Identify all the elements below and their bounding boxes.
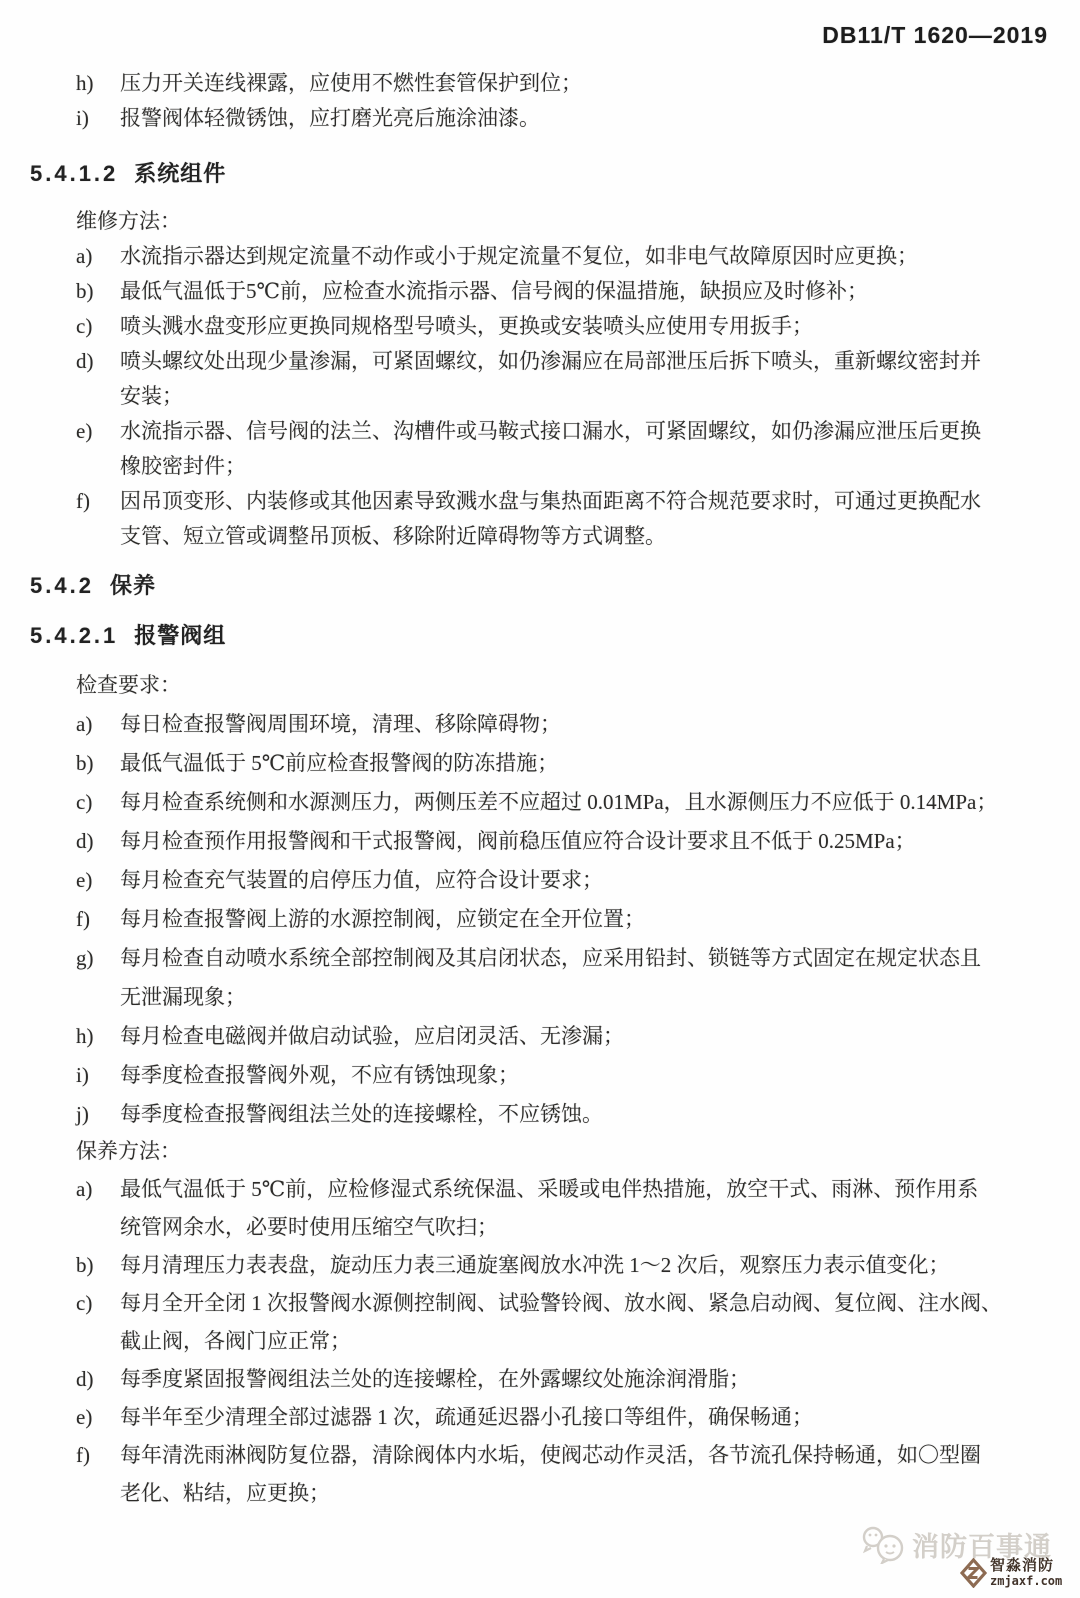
- clause-heading: 5.4.2.1报警阀组: [30, 618, 1052, 654]
- list-item-marker: f): [76, 1436, 120, 1474]
- paragraph-label: 检查要求：: [30, 666, 1052, 705]
- list-item-marker: a): [76, 705, 120, 744]
- list-item-marker: c): [76, 783, 120, 822]
- list-item-text: 每月检查报警阀上游的水源控制阀，应锁定在全开位置；: [120, 900, 1052, 939]
- list-item: i)每季度检查报警阀外观，不应有锈蚀现象；: [30, 1056, 1052, 1095]
- brand-text-block: 智淼消防 zmjaxf.com: [990, 1558, 1062, 1588]
- text-line: 每季度紧固报警阀组法兰处的连接螺栓，在外露螺纹处施涂润滑脂；: [120, 1360, 1052, 1398]
- list-item-text: 每月检查系统侧和水源测压力，两侧压差不应超过 0.01MPa，且水源侧压力不应低…: [120, 783, 1052, 822]
- list-item-marker: h): [76, 1017, 120, 1056]
- list-item-marker: d): [76, 1360, 120, 1398]
- list-item-text: 每月检查预作用报警阀和干式报警阀，阀前稳压值应符合设计要求且不低于 0.25MP…: [120, 822, 1052, 861]
- clause-number: 5.4.2.1: [30, 618, 118, 654]
- list-group: 保养方法：a)最低气温低于 5℃前，应检修湿式系统保温、采暖或电伴热措施，放空干…: [30, 1132, 1052, 1512]
- list-item-marker: i): [76, 101, 120, 136]
- clause-number: 5.4.1.2: [30, 156, 118, 192]
- text-line: 每月检查充气装置的启停压力值，应符合设计要求；: [120, 861, 1052, 900]
- standard-code: DB11/T 1620—2019: [822, 22, 1048, 49]
- text-line: 每季度检查报警阀组法兰处的连接螺栓，不应锈蚀。: [120, 1095, 1052, 1134]
- text-line: 每半年至少清理全部过滤器 1 次，疏通延迟器小孔接口等组件，确保畅通；: [120, 1398, 1052, 1436]
- list-item: f)每月检查报警阀上游的水源控制阀，应锁定在全开位置；: [30, 900, 1052, 939]
- list-item: f)每年清洗雨淋阀防复位器，清除阀体内水垢，使阀芯动作灵活，各节流孔保持畅通，如…: [30, 1436, 1052, 1512]
- list-item: c)喷头溅水盘变形应更换同规格型号喷头，更换或安装喷头应使用专用扳手；: [30, 309, 1052, 344]
- document-body: h)压力开关连线裸露，应使用不燃性套管保护到位；i)报警阀体轻微锈蚀，应打磨光亮…: [30, 66, 1052, 1512]
- list-item-text: 每月检查电磁阀并做启动试验，应启闭灵活、无渗漏；: [120, 1017, 1052, 1056]
- list-item-marker: b): [76, 1246, 120, 1284]
- text-line: 最低气温低于 5℃前，应检修湿式系统保温、采暖或电伴热措施，放空干式、雨淋、预作…: [120, 1170, 1052, 1208]
- list-item-marker: j): [76, 1095, 120, 1134]
- list-item-marker: d): [76, 344, 120, 379]
- text-line: 每月检查系统侧和水源测压力，两侧压差不应超过 0.01MPa，且水源侧压力不应低…: [120, 783, 1052, 822]
- text-line: 每年清洗雨淋阀防复位器，清除阀体内水垢，使阀芯动作灵活，各节流孔保持畅通，如〇型…: [120, 1436, 1052, 1474]
- list-item: c)每月全开全闭 1 次报警阀水源侧控制阀、试验警铃阀、放水阀、紧急启动阀、复位…: [30, 1284, 1052, 1360]
- list-item-marker: a): [76, 1170, 120, 1208]
- list-item-marker: f): [76, 484, 120, 519]
- list-item-text: 喷头溅水盘变形应更换同规格型号喷头，更换或安装喷头应使用专用扳手；: [120, 309, 1052, 344]
- list-item-marker: c): [76, 309, 120, 344]
- text-line: 每月检查预作用报警阀和干式报警阀，阀前稳压值应符合设计要求且不低于 0.25MP…: [120, 822, 1052, 861]
- list-item: e)每月检查充气装置的启停压力值，应符合设计要求；: [30, 861, 1052, 900]
- brand-site: zmjaxf.com: [990, 1574, 1062, 1588]
- paragraph-label: 维修方法：: [30, 204, 1052, 239]
- list-item: b)最低气温低于 5℃前应检查报警阀的防冻措施；: [30, 744, 1052, 783]
- list-item-text: 因吊顶变形、内装修或其他因素导致溅水盘与集热面距离不符合规范要求时，可通过更换配…: [120, 484, 1052, 554]
- list-item: g)每月检查自动喷水系统全部控制阀及其启闭状态，应采用铅封、锁链等方式固定在规定…: [30, 939, 1052, 1017]
- clause-heading: 5.4.2保养: [30, 568, 1052, 604]
- list-item-text: 每季度检查报警阀外观，不应有锈蚀现象；: [120, 1056, 1052, 1095]
- text-line: 每日检查报警阀周围环境，清理、移除障碍物；: [120, 705, 1052, 744]
- list-item-marker: d): [76, 822, 120, 861]
- text-line: 每季度检查报警阀外观，不应有锈蚀现象；: [120, 1056, 1052, 1095]
- document-section: 5.4.1.2系统组件维修方法：a)水流指示器达到规定流量不动作或小于规定流量不…: [30, 156, 1052, 554]
- document-section: h)压力开关连线裸露，应使用不燃性套管保护到位；i)报警阀体轻微锈蚀，应打磨光亮…: [30, 66, 1052, 136]
- text-line: 每月检查报警阀上游的水源控制阀，应锁定在全开位置；: [120, 900, 1052, 939]
- list-item-text: 每半年至少清理全部过滤器 1 次，疏通延迟器小孔接口等组件，确保畅通；: [120, 1398, 1052, 1436]
- list-item: d)每季度紧固报警阀组法兰处的连接螺栓，在外露螺纹处施涂润滑脂；: [30, 1360, 1052, 1398]
- list-item: b)最低气温低于5℃前，应检查水流指示器、信号阀的保温措施，缺损应及时修补；: [30, 274, 1052, 309]
- text-line: 每月全开全闭 1 次报警阀水源侧控制阀、试验警铃阀、放水阀、紧急启动阀、复位阀、…: [120, 1284, 1052, 1322]
- list-item-text: 最低气温低于 5℃前应检查报警阀的防冻措施；: [120, 744, 1052, 783]
- list-group: 检查要求：a)每日检查报警阀周围环境，清理、移除障碍物；b)最低气温低于 5℃前…: [30, 666, 1052, 1134]
- list-item-text: 每月全开全闭 1 次报警阀水源侧控制阀、试验警铃阀、放水阀、紧急启动阀、复位阀、…: [120, 1284, 1052, 1360]
- list-item-text: 每日检查报警阀周围环境，清理、移除障碍物；: [120, 705, 1052, 744]
- text-line: 压力开关连线裸露，应使用不燃性套管保护到位；: [120, 66, 1052, 101]
- paragraph-label: 保养方法：: [30, 1132, 1052, 1170]
- list-item: c)每月检查系统侧和水源测压力，两侧压差不应超过 0.01MPa，且水源侧压力不…: [30, 783, 1052, 822]
- list-item-text: 喷头螺纹处出现少量渗漏，可紧固螺纹，如仍渗漏应在局部泄压后拆下喷头，重新螺纹密封…: [120, 344, 1052, 414]
- text-line: 每月清理压力表表盘，旋动压力表三通旋塞阀放水冲洗 1～2 次后，观察压力表示值变…: [120, 1246, 1052, 1284]
- text-line: 统管网余水，必要时使用压缩空气吹扫；: [120, 1208, 1052, 1246]
- clause-number: 5.4.2: [30, 568, 94, 604]
- clause-title: 保养: [110, 568, 156, 604]
- list-item: e)水流指示器、信号阀的法兰、沟槽件或马鞍式接口漏水，可紧固螺纹，如仍渗漏应泄压…: [30, 414, 1052, 484]
- brand-name: 智淼消防: [990, 1558, 1062, 1574]
- text-line: 最低气温低于5℃前，应检查水流指示器、信号阀的保温措施，缺损应及时修补；: [120, 274, 1052, 309]
- text-line: 每月检查自动喷水系统全部控制阀及其启闭状态，应采用铅封、锁链等方式固定在规定状态…: [120, 939, 1052, 978]
- list-item-marker: c): [76, 1284, 120, 1322]
- watermark-brand: 智淼消防 zmjaxf.com: [960, 1558, 1062, 1588]
- text-line: 喷头螺纹处出现少量渗漏，可紧固螺纹，如仍渗漏应在局部泄压后拆下喷头，重新螺纹密封…: [120, 344, 1052, 379]
- diamond-z-logo-icon: [960, 1558, 987, 1588]
- clause-title: 系统组件: [134, 156, 226, 192]
- list-item-text: 每月检查自动喷水系统全部控制阀及其启闭状态，应采用铅封、锁链等方式固定在规定状态…: [120, 939, 1052, 1017]
- list-item-marker: e): [76, 861, 120, 900]
- list-item-text: 每月检查充气装置的启停压力值，应符合设计要求；: [120, 861, 1052, 900]
- text-line: 水流指示器、信号阀的法兰、沟槽件或马鞍式接口漏水，可紧固螺纹，如仍渗漏应泄压后更…: [120, 414, 1052, 449]
- list-item: j)每季度检查报警阀组法兰处的连接螺栓，不应锈蚀。: [30, 1095, 1052, 1134]
- clause-heading: 5.4.1.2系统组件: [30, 156, 1052, 192]
- list-item-text: 水流指示器、信号阀的法兰、沟槽件或马鞍式接口漏水，可紧固螺纹，如仍渗漏应泄压后更…: [120, 414, 1052, 484]
- clause-title: 报警阀组: [134, 618, 226, 654]
- list-item-text: 报警阀体轻微锈蚀，应打磨光亮后施涂油漆。: [120, 101, 1052, 136]
- text-line: 最低气温低于 5℃前应检查报警阀的防冻措施；: [120, 744, 1052, 783]
- list-group: h)压力开关连线裸露，应使用不燃性套管保护到位；i)报警阀体轻微锈蚀，应打磨光亮…: [30, 66, 1052, 136]
- list-item: a)水流指示器达到规定流量不动作或小于规定流量不复位，如非电气故障原因时应更换；: [30, 239, 1052, 274]
- text-line: 因吊顶变形、内装修或其他因素导致溅水盘与集热面距离不符合规范要求时，可通过更换配…: [120, 484, 1052, 519]
- chat-bubbles-icon: [860, 1524, 906, 1564]
- list-item-marker: g): [76, 939, 120, 978]
- list-item-text: 水流指示器达到规定流量不动作或小于规定流量不复位，如非电气故障原因时应更换；: [120, 239, 1052, 274]
- document-page: DB11/T 1620—2019 h)压力开关连线裸露，应使用不燃性套管保护到位…: [0, 0, 1080, 1598]
- text-line: 截止阀，各阀门应正常；: [120, 1322, 1052, 1360]
- text-line: 老化、粘结，应更换；: [120, 1474, 1052, 1512]
- list-item-text: 每季度紧固报警阀组法兰处的连接螺栓，在外露螺纹处施涂润滑脂；: [120, 1360, 1052, 1398]
- list-group: 维修方法：a)水流指示器达到规定流量不动作或小于规定流量不复位，如非电气故障原因…: [30, 204, 1052, 554]
- text-line: 安装；: [120, 379, 1052, 414]
- list-item-marker: f): [76, 900, 120, 939]
- list-item-text: 每年清洗雨淋阀防复位器，清除阀体内水垢，使阀芯动作灵活，各节流孔保持畅通，如〇型…: [120, 1436, 1052, 1512]
- list-item: i)报警阀体轻微锈蚀，应打磨光亮后施涂油漆。: [30, 101, 1052, 136]
- list-item: h)每月检查电磁阀并做启动试验，应启闭灵活、无渗漏；: [30, 1017, 1052, 1056]
- list-item-marker: a): [76, 239, 120, 274]
- document-section: 5.4.2保养: [30, 568, 1052, 604]
- text-line: 橡胶密封件；: [120, 449, 1052, 484]
- list-item-marker: b): [76, 274, 120, 309]
- text-line: 无泄漏现象；: [120, 978, 1052, 1017]
- list-item: b)每月清理压力表表盘，旋动压力表三通旋塞阀放水冲洗 1～2 次后，观察压力表示…: [30, 1246, 1052, 1284]
- list-item: d)每月检查预作用报警阀和干式报警阀，阀前稳压值应符合设计要求且不低于 0.25…: [30, 822, 1052, 861]
- list-item-text: 最低气温低于5℃前，应检查水流指示器、信号阀的保温措施，缺损应及时修补；: [120, 274, 1052, 309]
- text-line: 喷头溅水盘变形应更换同规格型号喷头，更换或安装喷头应使用专用扳手；: [120, 309, 1052, 344]
- list-item: a)每日检查报警阀周围环境，清理、移除障碍物；: [30, 705, 1052, 744]
- list-item-marker: e): [76, 1398, 120, 1436]
- text-line: 每月检查电磁阀并做启动试验，应启闭灵活、无渗漏；: [120, 1017, 1052, 1056]
- list-item-text: 每季度检查报警阀组法兰处的连接螺栓，不应锈蚀。: [120, 1095, 1052, 1134]
- list-item-marker: h): [76, 66, 120, 101]
- text-line: 水流指示器达到规定流量不动作或小于规定流量不复位，如非电气故障原因时应更换；: [120, 239, 1052, 274]
- list-item: h)压力开关连线裸露，应使用不燃性套管保护到位；: [30, 66, 1052, 101]
- document-section: 5.4.2.1报警阀组检查要求：a)每日检查报警阀周围环境，清理、移除障碍物；b…: [30, 618, 1052, 1512]
- list-item-text: 最低气温低于 5℃前，应检修湿式系统保温、采暖或电伴热措施，放空干式、雨淋、预作…: [120, 1170, 1052, 1246]
- list-item-marker: e): [76, 414, 120, 449]
- list-item-marker: i): [76, 1056, 120, 1095]
- list-item-marker: b): [76, 744, 120, 783]
- list-item-text: 压力开关连线裸露，应使用不燃性套管保护到位；: [120, 66, 1052, 101]
- list-item-text: 每月清理压力表表盘，旋动压力表三通旋塞阀放水冲洗 1～2 次后，观察压力表示值变…: [120, 1246, 1052, 1284]
- text-line: 支管、短立管或调整吊顶板、移除附近障碍物等方式调整。: [120, 519, 1052, 554]
- list-item: d)喷头螺纹处出现少量渗漏，可紧固螺纹，如仍渗漏应在局部泄压后拆下喷头，重新螺纹…: [30, 344, 1052, 414]
- list-item: f)因吊顶变形、内装修或其他因素导致溅水盘与集热面距离不符合规范要求时，可通过更…: [30, 484, 1052, 554]
- list-item: a)最低气温低于 5℃前，应检修湿式系统保温、采暖或电伴热措施，放空干式、雨淋、…: [30, 1170, 1052, 1246]
- text-line: 报警阀体轻微锈蚀，应打磨光亮后施涂油漆。: [120, 101, 1052, 136]
- list-item: e)每半年至少清理全部过滤器 1 次，疏通延迟器小孔接口等组件，确保畅通；: [30, 1398, 1052, 1436]
